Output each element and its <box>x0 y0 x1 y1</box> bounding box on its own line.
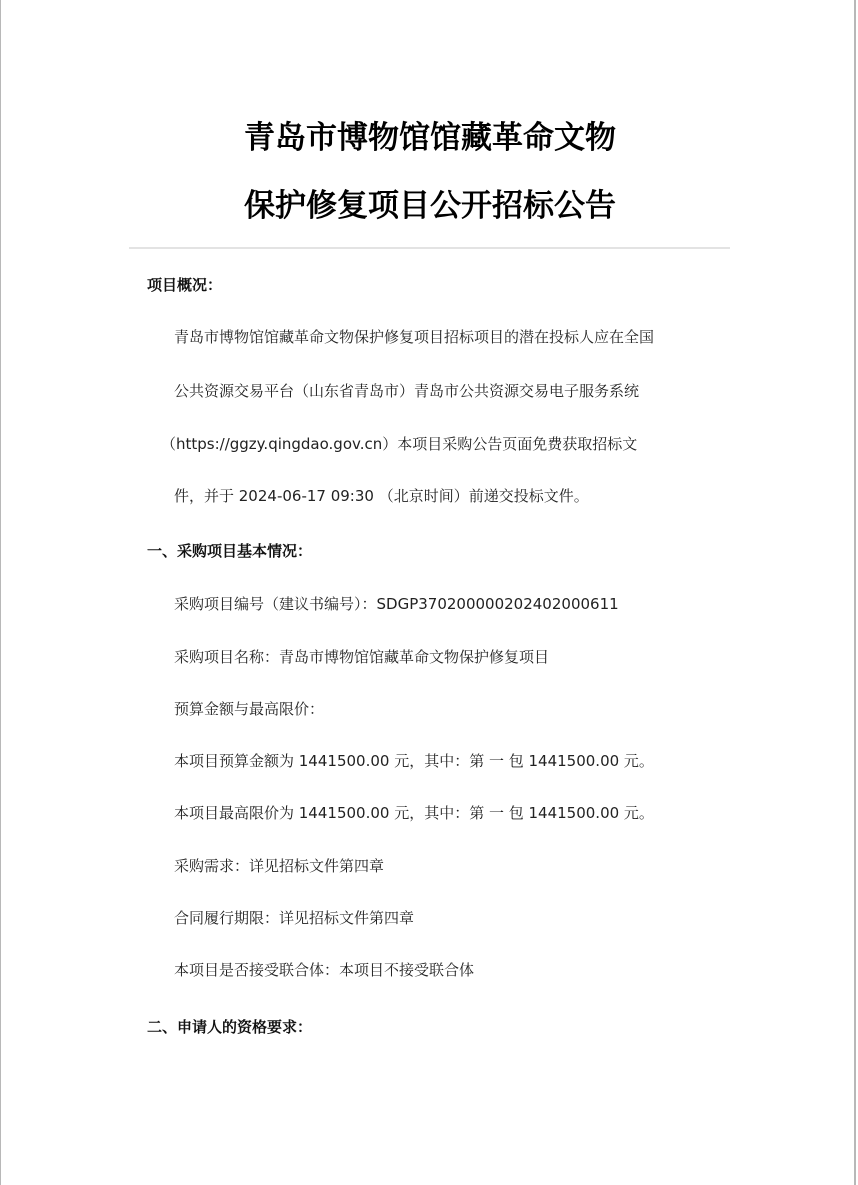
document-title-line-1: 青岛市博物馆馆藏革命文物 <box>1 118 858 158</box>
section-1-item: 本项目预算金额为 1441500.00 元，其中：第 一 包 1441500.0… <box>174 750 654 772</box>
overview-line: 青岛市博物馆馆藏革命文物保护修复项目招标项目的潜在投标人应在全国 <box>174 326 654 348</box>
overview-line-link[interactable]: （https://ggzy.qingdao.gov.cn）本项目采购公告页面免费… <box>161 433 637 455</box>
document-page: 青岛市博物馆馆藏革命文物 保护修复项目公开招标公告 项目概况： 青岛市博物馆馆藏… <box>0 0 856 1185</box>
section-1-item: 本项目是否接受联合体：本项目不接受联合体 <box>174 959 474 981</box>
section-1-item: 采购需求：详见招标文件第四章 <box>174 855 384 877</box>
section-1-item: 预算金额与最高限价： <box>174 698 324 720</box>
section-1-item: 采购项目名称：青岛市博物馆馆藏革命文物保护修复项目 <box>174 646 549 668</box>
overview-line: 公共资源交易平台（山东省青岛市）青岛市公共资源交易电子服务系统 <box>174 380 639 402</box>
section-1-item: 合同履行期限：详见招标文件第四章 <box>174 907 414 929</box>
overview-heading: 项目概况： <box>147 274 222 296</box>
document-title-line-2: 保护修复项目公开招标公告 <box>1 186 858 226</box>
overview-line: 件，并于 2024-06-17 09:30 （北京时间）前递交投标文件。 <box>174 485 589 507</box>
section-1-item: 采购项目编号（建议书编号）：SDGP370200000202402000611 <box>174 593 619 615</box>
section-2-heading: 二、申请人的资格要求： <box>147 1016 312 1038</box>
section-1-heading: 一、采购项目基本情况： <box>147 540 312 562</box>
title-divider <box>129 247 730 249</box>
section-1-item: 本项目最高限价为 1441500.00 元，其中：第 一 包 1441500.0… <box>174 802 654 824</box>
